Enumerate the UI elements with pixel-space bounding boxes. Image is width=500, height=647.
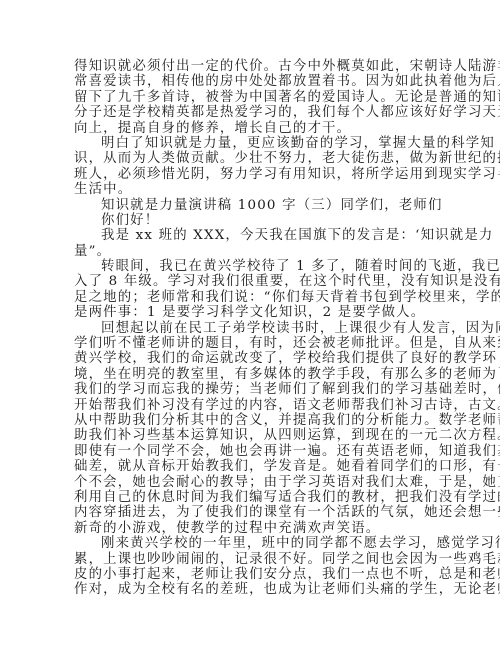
text-line: 境，坐在明亮的教室里，有多媒体的教学手段，有那么多的老师为了 [74, 367, 416, 382]
text-line: 常喜爱读书，相传他的房中处处都放置着书。因为如此执着他为后人 [74, 74, 416, 89]
text-line: 作对，成为全校有名的差班，也成为让老师们头痛的学生，无论老师 [74, 582, 416, 597]
text-line: 向上，提高自身的修养，增长自己的才干。 [74, 121, 416, 136]
paragraph-first-line: 我是 xx 班的 XXX，今天我在国旗下的发言是：‘知识就是力 [74, 228, 416, 243]
text-line: 得知识就必须付出一定的代价。古今中外概莫如此，宋朝诗人陆游非 [74, 59, 416, 74]
text-line: 足之地的；老师常和我们说：“你们每天背着书包到学校里来，学的 [74, 290, 416, 305]
text-line: 助我们补习些基本运算知识，从四则运算，到现在的一元二次方程。 [74, 428, 416, 443]
text-line: 分子还是学校精英都是热爱学习的，我们每个人都应该好好学习天天 [74, 105, 416, 120]
text-line: 学们听不懂老师讲的题目，有时，还会被老师批评。但是，自从来到 [74, 336, 416, 351]
text-line: 留下了九千多首诗，被誉为中国著名的爱国诗人。无论是普通的知识 [74, 90, 416, 105]
text-line: 量”。 [74, 244, 416, 259]
text-line: 即使有一个同学不会，她也会再讲一遍。还有英语老师，知道我们基 [74, 444, 416, 459]
text-line: 个不会，她也会耐心的教导；由于学习英语对我们太难，于是，她又 [74, 475, 416, 490]
text-line: 皮的小事打起来，老师让我们安分点，我们一点也不听，总是和老师 [74, 567, 416, 582]
text-line: 入了 8 年级。学习对我们很重要，在这个时代里，没有知识是没有立 [74, 274, 416, 289]
text-line: 我们的学习而忘我的操劳；当老师们了解到我们的学习基础差时，便 [74, 382, 416, 397]
text-line: 从中帮助我们分析其中的含义，并提高我们的分析能力。数学老师帮 [74, 413, 416, 428]
text-line: 开始帮我们补习没有学过的内容，语文老师帮我们补习古诗，古文。 [74, 398, 416, 413]
paragraph-first-line: 转眼间，我已在黄兴学校待了 1 多了，随着时间的飞逝，我已步 [74, 259, 416, 274]
text-line: 识，从而为人类做贡献。少壮不努力，老大徒伤悲，做为新世纪的接 [74, 151, 416, 166]
paragraph-first-line: 明白了知识就是力量，更应该勤奋的学习，掌握大量的科学知 [74, 136, 416, 151]
paragraph-first-line: 回想起以前在民工子弟学校读书时，上课很少有人发言，因为同 [74, 321, 416, 336]
text-line: 新奇的小游戏，使教学的过程中充满欢声笑语。 [74, 521, 416, 536]
text-line: 黄兴学校，我们的命运就改变了，学校给我们提供了良好的教学环 [74, 351, 416, 366]
text-line: 班人，必须珍惜光阴，努力学习有用知识，将所学运用到现实学习与 [74, 167, 416, 182]
text-line: 累，上课也吵吵闹闹的，记录很不好。同学之间也会因为一些鸡毛蒜 [74, 552, 416, 567]
paragraph-first-line: 知识就是力量演讲稿 1000 字（三）同学们，老师们 [74, 198, 416, 213]
text-line: 础差，就从音标开始教我们，学发音是。她看着同学们的口形，有一 [74, 459, 416, 474]
text-line: 是两件事：1 是要学习科学文化知识，2 是要学做人。 [74, 305, 416, 320]
text-line: 利用自己的休息时间为我们编写适合我们的教材，把我们没有学过的 [74, 490, 416, 505]
text-line: 生活中。 [74, 182, 416, 197]
paragraph-first-line: 你们好！ [74, 213, 416, 228]
document-page: 得知识就必须付出一定的代价。古今中外概莫如此，宋朝诗人陆游非常喜爱读书，相传他的… [74, 59, 416, 598]
text-line: 内容穿插进去，为了使我们的课堂有一个活跃的气氛，她还会想一些 [74, 505, 416, 520]
paragraph-first-line: 刚来黄兴学校的一年里，班中的同学都不愿去学习，感觉学习很 [74, 536, 416, 551]
